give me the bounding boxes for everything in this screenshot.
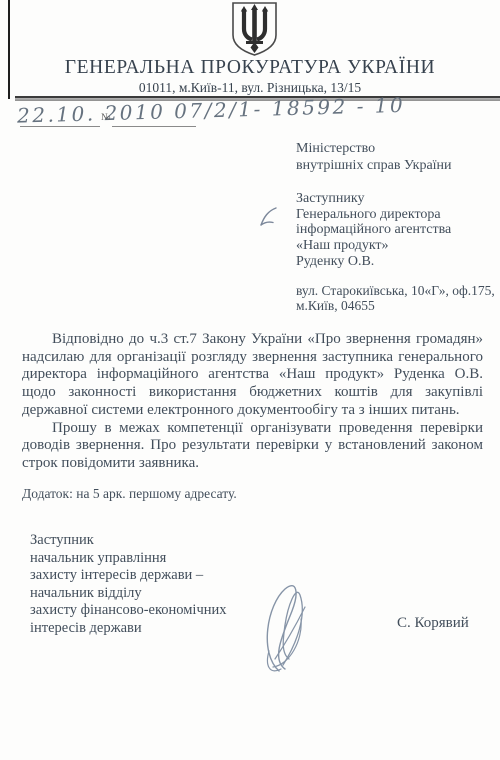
addressee-deputy-director: Заступнику Генерального директора інформ… xyxy=(296,191,451,270)
org-address: 01011, м.Київ-11, вул. Різницька, 13/15 xyxy=(0,80,500,96)
coat-of-arms-icon xyxy=(231,1,278,57)
org-name: ГЕНЕРАЛЬНА ПРОКУРАТУРА УКРАЇНИ xyxy=(0,57,500,79)
body-paragraph-1: Відповідно до ч.3 ст.7 Закону України «П… xyxy=(22,331,483,420)
handwritten-checkmark xyxy=(257,205,281,229)
signer-title-line: начальник відділу xyxy=(30,585,227,603)
addressee-postal-address: вул. Старокиївська, 10«Г», оф.175, м.Киї… xyxy=(296,283,495,313)
addressee-ministry: Міністерство внутрішніх справ України xyxy=(296,141,452,174)
signer-title-block: Заступник начальник управління захисту і… xyxy=(30,532,227,637)
date-blank-line xyxy=(20,126,100,127)
signature-scribble xyxy=(255,579,333,679)
addressee-line: «Наш продукт» xyxy=(296,238,451,254)
signer-title-line: Заступник xyxy=(30,532,227,550)
address-line: вул. Старокиївська, 10«Г», оф.175, xyxy=(296,283,495,298)
addressee-line: Генерального директора xyxy=(296,207,451,223)
addressee-line: Руденку О.В. xyxy=(296,254,451,270)
signer-title-line: захисту інтересів держави – xyxy=(30,567,227,585)
signer-title-line: начальник управління xyxy=(30,550,227,568)
addressee-line: Заступнику xyxy=(296,191,451,207)
signer-title-line: інтересів держави xyxy=(30,620,227,638)
signer-title-line: захисту фінансово-економічних xyxy=(30,602,227,620)
body-paragraph-2: Прошу в межах компетенції організувати п… xyxy=(22,420,483,473)
addressee-line: Міністерство xyxy=(296,141,452,158)
number-sign: № xyxy=(101,112,111,123)
addressee-line: внутрішніх справ України xyxy=(296,158,452,175)
letter-body: Відповідно до ч.3 ст.7 Закону України «П… xyxy=(22,331,483,473)
address-line: м.Київ, 04655 xyxy=(296,298,495,313)
scanned-letter-page: ГЕНЕРАЛЬНА ПРОКУРАТУРА УКРАЇНИ 01011, м.… xyxy=(0,0,500,760)
attachment-note: Додаток: на 5 арк. першому адресату. xyxy=(22,486,237,502)
number-blank-line xyxy=(112,126,196,127)
addressee-line: інформаційного агентства xyxy=(296,222,451,238)
signer-name: С. Корявий xyxy=(397,615,469,632)
